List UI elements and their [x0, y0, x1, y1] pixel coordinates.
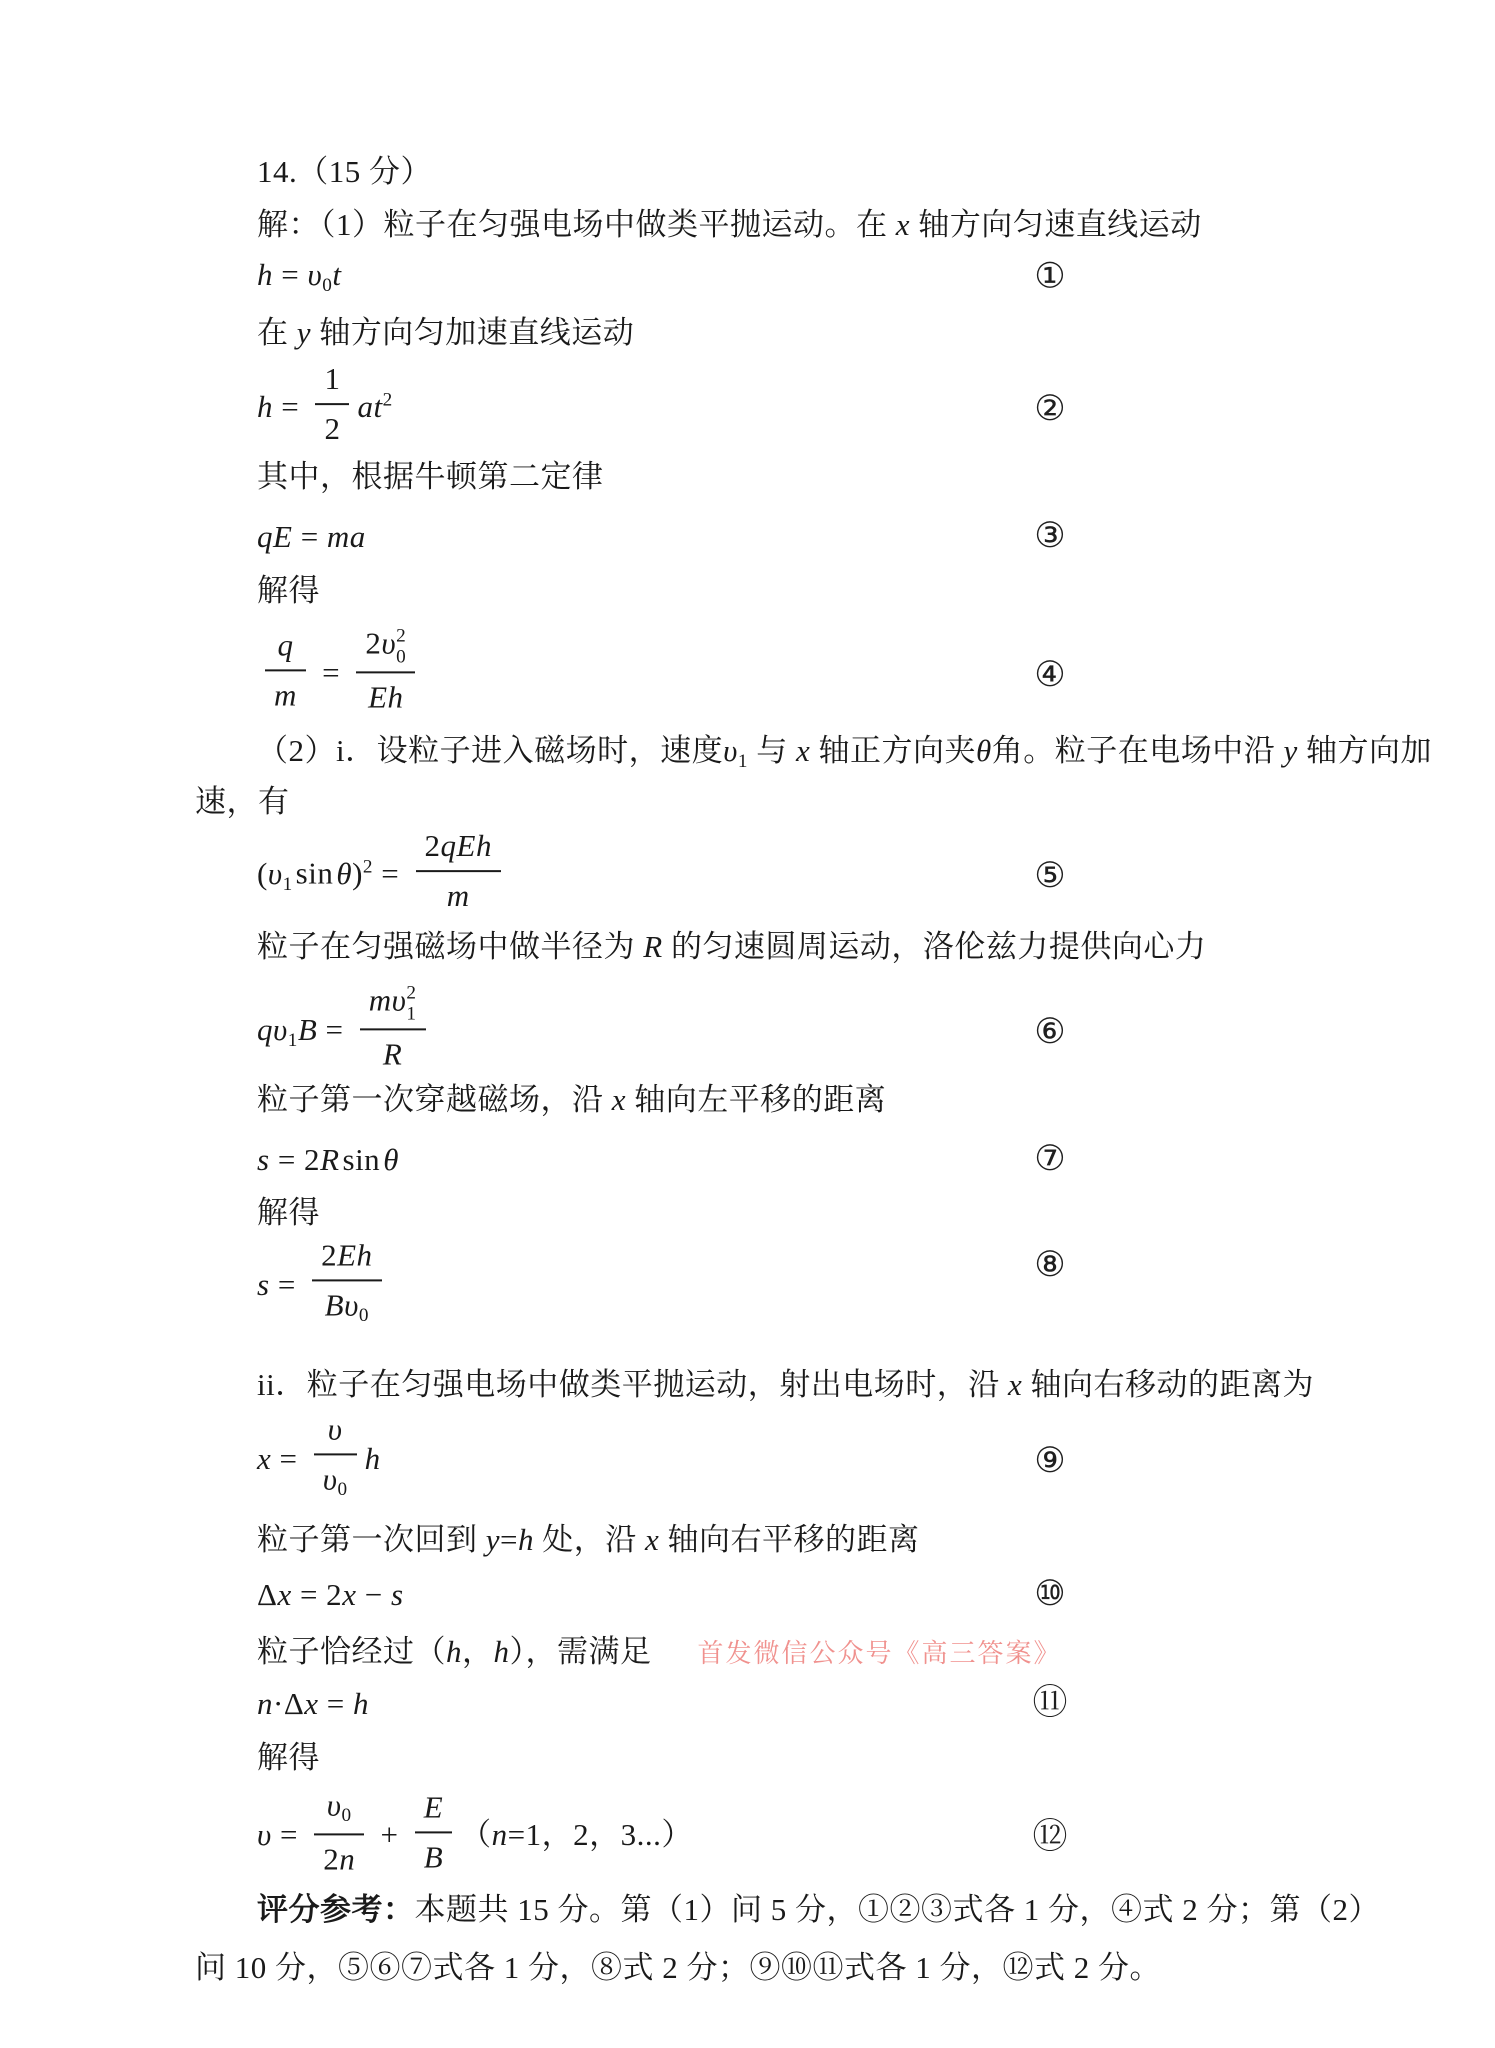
part2ii-intro-line: ii．粒子在匀强电场中做类平抛运动，射出电场时，沿 x 轴向右移动的距离为 [195, 1365, 1495, 1405]
math-seg: − [356, 1577, 390, 1612]
math-seg: B [298, 1012, 317, 1047]
math-seg: Eh [337, 1237, 372, 1272]
numerator: υ [314, 1408, 357, 1455]
equation-8-line: s = 2EhBυ0⑧ [195, 1240, 1495, 1336]
numerator: 2Eh [312, 1234, 381, 1281]
text-segment: 粒子在匀强磁场中做半径为 [257, 929, 643, 964]
math-seg: s [257, 1142, 270, 1177]
denominator: m [265, 671, 306, 716]
variable-theta: θ [976, 733, 992, 768]
math-seg: = [317, 1012, 351, 1047]
text-segment: 在 [257, 315, 297, 350]
math-seg: x [304, 1686, 318, 1721]
equation-7-line: s = 2Rsinθ⑦ [195, 1140, 1495, 1180]
equation-10-line: Δx = 2x − s⑩ [195, 1575, 1495, 1615]
math-seg: Δ [257, 1577, 277, 1612]
math-seg: mυ [369, 982, 407, 1017]
sin-function: sin [343, 1142, 381, 1177]
math-seg: 2 [323, 1841, 339, 1876]
subscript: 1 [738, 751, 748, 772]
math-seg: =1，2，3...） [508, 1817, 693, 1852]
scoring-note-line-2: 问 10 分，⑤⑥⑦式各 1 分，⑧式 2 分；⑨⑩⑪式各 1 分，⑫式 2 分… [195, 1948, 1455, 1988]
equation-12-line: υ = υ02n + EB（n=1，2，3...）⑫ [195, 1790, 1495, 1886]
equation-2-line: h = 12at2② [195, 364, 1495, 457]
variable-h: h [446, 1634, 462, 1669]
math-seg: = [319, 1686, 353, 1721]
variable-x: x [645, 1522, 659, 1557]
numerator: 1 [315, 358, 349, 405]
text-segment: 轴方向匀速直线运动 [910, 207, 1202, 242]
text-segment: 处，沿 [534, 1522, 645, 1557]
denominator: Bυ0 [312, 1282, 381, 1331]
text-segment: 轴方向加 [1298, 733, 1432, 768]
fraction: 2EhBυ0 [312, 1234, 381, 1330]
part2-intro-line: （2）i．设粒子进入磁场时，速度υ1 与 x 轴正方向夹θ角。粒子在电场中沿 y… [195, 731, 1495, 775]
equation-5-line: (υ1sinθ)2 = 2qEhm⑤ [195, 831, 1495, 924]
text-segment: 的匀速圆周运动，洛伦兹力提供向心力 [663, 929, 1207, 964]
text-segment: 问 10 分，⑤⑥⑦式各 1 分，⑧式 2 分；⑨⑩⑪式各 1 分，⑫式 2 分… [195, 1950, 1161, 1985]
denominator: m [416, 872, 501, 917]
text-line-solve-2: 解得 [195, 1193, 1495, 1233]
superscript: 2 [383, 390, 393, 411]
variable-h: h [518, 1522, 534, 1557]
equation-number-6: ⑥ [1034, 1010, 1065, 1056]
text-line-solve-3: 解得 [195, 1738, 1495, 1778]
denominator: Eh [356, 673, 415, 718]
text-segment: = [500, 1522, 518, 1557]
equation-number-8: ⑧ [1034, 1243, 1065, 1289]
text-segment: 粒子第一次回到 [257, 1522, 486, 1557]
text-segment: （2）i．设粒子进入磁场时，速度 [257, 733, 723, 768]
equation-number-10: ⑩ [1034, 1572, 1065, 1618]
variable-v1: υ [723, 733, 738, 768]
equation-number-2: ② [1034, 387, 1065, 433]
equation-number-9: ⑨ [1034, 1439, 1065, 1485]
math-seg: qE [257, 519, 292, 554]
math-seg: h [257, 257, 273, 292]
math-seg: h [257, 389, 273, 424]
variable-h: h [494, 1634, 510, 1669]
denominator: 2n [314, 1835, 364, 1880]
variable-R: R [643, 929, 662, 964]
math-seg: s [257, 1267, 270, 1302]
subscript: 0 [396, 647, 406, 667]
text-segment: 轴向左平移的距离 [626, 1082, 886, 1117]
text-line-pass-point: 粒子恰经过（h，h），需满足首发微信公众号《高三答案》 [195, 1632, 1495, 1672]
subscript: 0 [322, 275, 332, 296]
equation-4-line: qm = 2υ20Eh④ [195, 628, 1495, 724]
math-seg: υ [381, 625, 396, 660]
scoring-note-line-1: 评分参考：本题共 15 分。第（1）问 5 分，①②③式各 1 分，④式 2 分… [195, 1890, 1495, 1930]
text-segment: 角。粒子在电场中沿 [992, 733, 1284, 768]
text-line-newton: 其中，根据牛顿第二定律 [195, 457, 1495, 497]
fraction: qm [265, 624, 306, 717]
math-seg: = 2 [292, 1577, 342, 1612]
math-seg: υ [323, 1462, 338, 1497]
text-segment: 轴向右移动的距离为 [1022, 1367, 1314, 1402]
text-segment: 与 [748, 733, 796, 768]
equation-3-line: qE = ma③ [195, 517, 1495, 557]
math-seg: 2 [425, 828, 441, 863]
math-seg: n [257, 1686, 273, 1721]
equation-number-11: ⑪ [1032, 1681, 1067, 1727]
subscript: 1 [406, 1004, 416, 1024]
math-seg: = [272, 1817, 306, 1852]
denominator: υ0 [314, 1456, 357, 1505]
numerator: q [265, 624, 306, 671]
math-seg: ) [352, 856, 363, 891]
text-segment: ），需满足 [510, 1634, 652, 1669]
equation-number-1: ① [1034, 254, 1065, 300]
math-seg: n [339, 1841, 355, 1876]
math-seg: qEh [441, 828, 492, 863]
math-seg: h [353, 1686, 369, 1721]
math-seg: = [314, 655, 348, 690]
text-segment: 粒子第一次穿越磁场，沿 [257, 1082, 612, 1117]
superscript: 2 [406, 984, 416, 1004]
equation-number-5: ⑤ [1034, 854, 1065, 900]
text-segment: 本题共 15 分。第（1）问 5 分，①②③式各 1 分，④式 2 分；第（2） [415, 1892, 1381, 1927]
math-seg: = [271, 1441, 305, 1476]
subscript: 1 [288, 1030, 298, 1051]
superscript: 2 [363, 857, 373, 878]
solution-intro-line: 解：（1）粒子在匀强电场中做类平抛运动。在 x 轴方向匀速直线运动 [195, 205, 1495, 245]
equation-number-3: ③ [1034, 514, 1065, 560]
math-seg: 2 [365, 625, 381, 660]
equation-1-line: h = υ0t① [195, 255, 1495, 299]
problem-heading: 14.（15 分） [195, 152, 1495, 192]
text-segment: 粒子恰经过（ [257, 1634, 446, 1669]
variable-x: x [796, 733, 810, 768]
numerator: υ0 [314, 1784, 364, 1835]
math-seg: = [292, 519, 326, 554]
text-segment: 轴向右平移的距离 [659, 1522, 919, 1557]
denominator: 2 [315, 405, 349, 450]
math-seg: Bυ [325, 1288, 359, 1323]
numerator: 2υ20 [356, 622, 415, 673]
math-seg: n [492, 1817, 508, 1852]
math-seg: qυ [257, 1012, 288, 1047]
math-seg: ( [257, 856, 268, 891]
text-line-y-axis: 在 y 轴方向匀加速直线运动 [195, 313, 1495, 353]
denominator: R [360, 1030, 426, 1075]
math-seg: υ [307, 257, 322, 292]
math-seg: = [373, 856, 407, 891]
math-seg: = 2 [270, 1142, 320, 1177]
numerator: 2qEh [416, 825, 501, 872]
variable-x: x [1008, 1367, 1022, 1402]
math-seg: υ [257, 1817, 272, 1852]
math-seg: = [273, 257, 307, 292]
math-seg: · [273, 1686, 284, 1721]
watermark-text: 首发微信公众号《高三答案》 [698, 1638, 1062, 1668]
math-seg: υ [268, 856, 283, 891]
stacked-sup-sub: 21 [406, 984, 416, 1024]
sin-function: sin [296, 856, 334, 891]
text-line-solve-1: 解得 [195, 571, 1495, 611]
text-segment: 其中，根据牛顿第二定律 [257, 459, 604, 494]
text-segment: ii．粒子在匀强电场中做类平抛运动，射出电场时，沿 [257, 1367, 1008, 1402]
fraction: υ02n [314, 1784, 364, 1880]
math-seg: = [273, 389, 307, 424]
text-line-first-crossing: 粒子第一次穿越磁场，沿 x 轴向左平移的距离 [195, 1080, 1495, 1120]
math-seg: s [391, 1577, 404, 1612]
equation-number-12: ⑫ [1032, 1815, 1067, 1861]
superscript: 2 [396, 627, 406, 647]
math-seg: = [270, 1267, 304, 1302]
fraction: υυ0 [314, 1408, 357, 1504]
equation-9-line: x = υυ0h⑨ [195, 1414, 1495, 1510]
subscript: 0 [337, 1479, 347, 1500]
math-seg: t [332, 257, 341, 292]
scoring-note-label: 评分参考： [257, 1892, 415, 1927]
equation-6-line: qυ1B = mυ21R⑥ [195, 985, 1495, 1081]
problem-number: 14.（15 分） [257, 154, 432, 189]
equation-number-4: ④ [1034, 653, 1065, 699]
text-line-return-y-h: 粒子第一次回到 y=h 处，沿 x 轴向右平移的距离 [195, 1520, 1495, 1560]
fraction: 2υ20Eh [356, 622, 415, 718]
math-seg: 2 [321, 1237, 337, 1272]
math-seg: （ [460, 1817, 492, 1852]
fraction: mυ21R [360, 979, 426, 1075]
text-segment: 轴正方向夹 [810, 733, 976, 768]
fraction: 12 [315, 358, 349, 451]
equation-number-7: ⑦ [1034, 1137, 1065, 1183]
part2-intro-wrap-line: 速，有 [195, 782, 1455, 822]
math-seg: υ [327, 1787, 342, 1822]
text-line-circular-motion: 粒子在匀强磁场中做半径为 R 的匀速圆周运动，洛伦兹力提供向心力 [195, 927, 1495, 967]
denominator: B [415, 1833, 452, 1878]
math-seg: θ [383, 1142, 399, 1177]
math-seg: x [277, 1577, 291, 1612]
variable-y: y [1283, 733, 1297, 768]
subscript: 0 [359, 1305, 369, 1326]
variable-y: y [297, 315, 311, 350]
text-segment: 解得 [257, 573, 320, 608]
math-seg: + [372, 1817, 406, 1852]
text-segment: 解得 [257, 1195, 320, 1230]
variable-y: y [486, 1522, 500, 1557]
document-page: 14.（15 分） 解：（1）粒子在匀强电场中做类平抛运动。在 x 轴方向匀速直… [0, 0, 1495, 2048]
math-seg: ma [327, 519, 366, 554]
fraction: EB [415, 1786, 452, 1879]
math-seg: x [257, 1441, 271, 1476]
subscript: 1 [283, 874, 293, 895]
numerator: E [415, 1786, 452, 1833]
math-seg: R [320, 1142, 339, 1177]
subscript: 0 [342, 1805, 352, 1826]
math-seg: h [365, 1441, 381, 1476]
numerator: mυ21 [360, 979, 426, 1030]
variable-x: x [612, 1082, 626, 1117]
variable-x: x [896, 207, 910, 242]
stacked-sup-sub: 20 [396, 627, 406, 667]
fraction: 2qEhm [416, 825, 501, 918]
equation-11-line: n·Δx = h⑪ [195, 1684, 1495, 1724]
math-seg: at [357, 389, 382, 424]
text-segment: 解：（1）粒子在匀强电场中做类平抛运动。在 [257, 207, 896, 242]
text-segment: ， [462, 1634, 494, 1669]
text-segment: 轴方向匀加速直线运动 [311, 315, 634, 350]
text-segment: 解得 [257, 1740, 320, 1775]
math-seg: Δ [284, 1686, 304, 1721]
math-seg: θ [336, 856, 352, 891]
math-seg: x [342, 1577, 356, 1612]
text-segment: 速，有 [195, 784, 290, 819]
